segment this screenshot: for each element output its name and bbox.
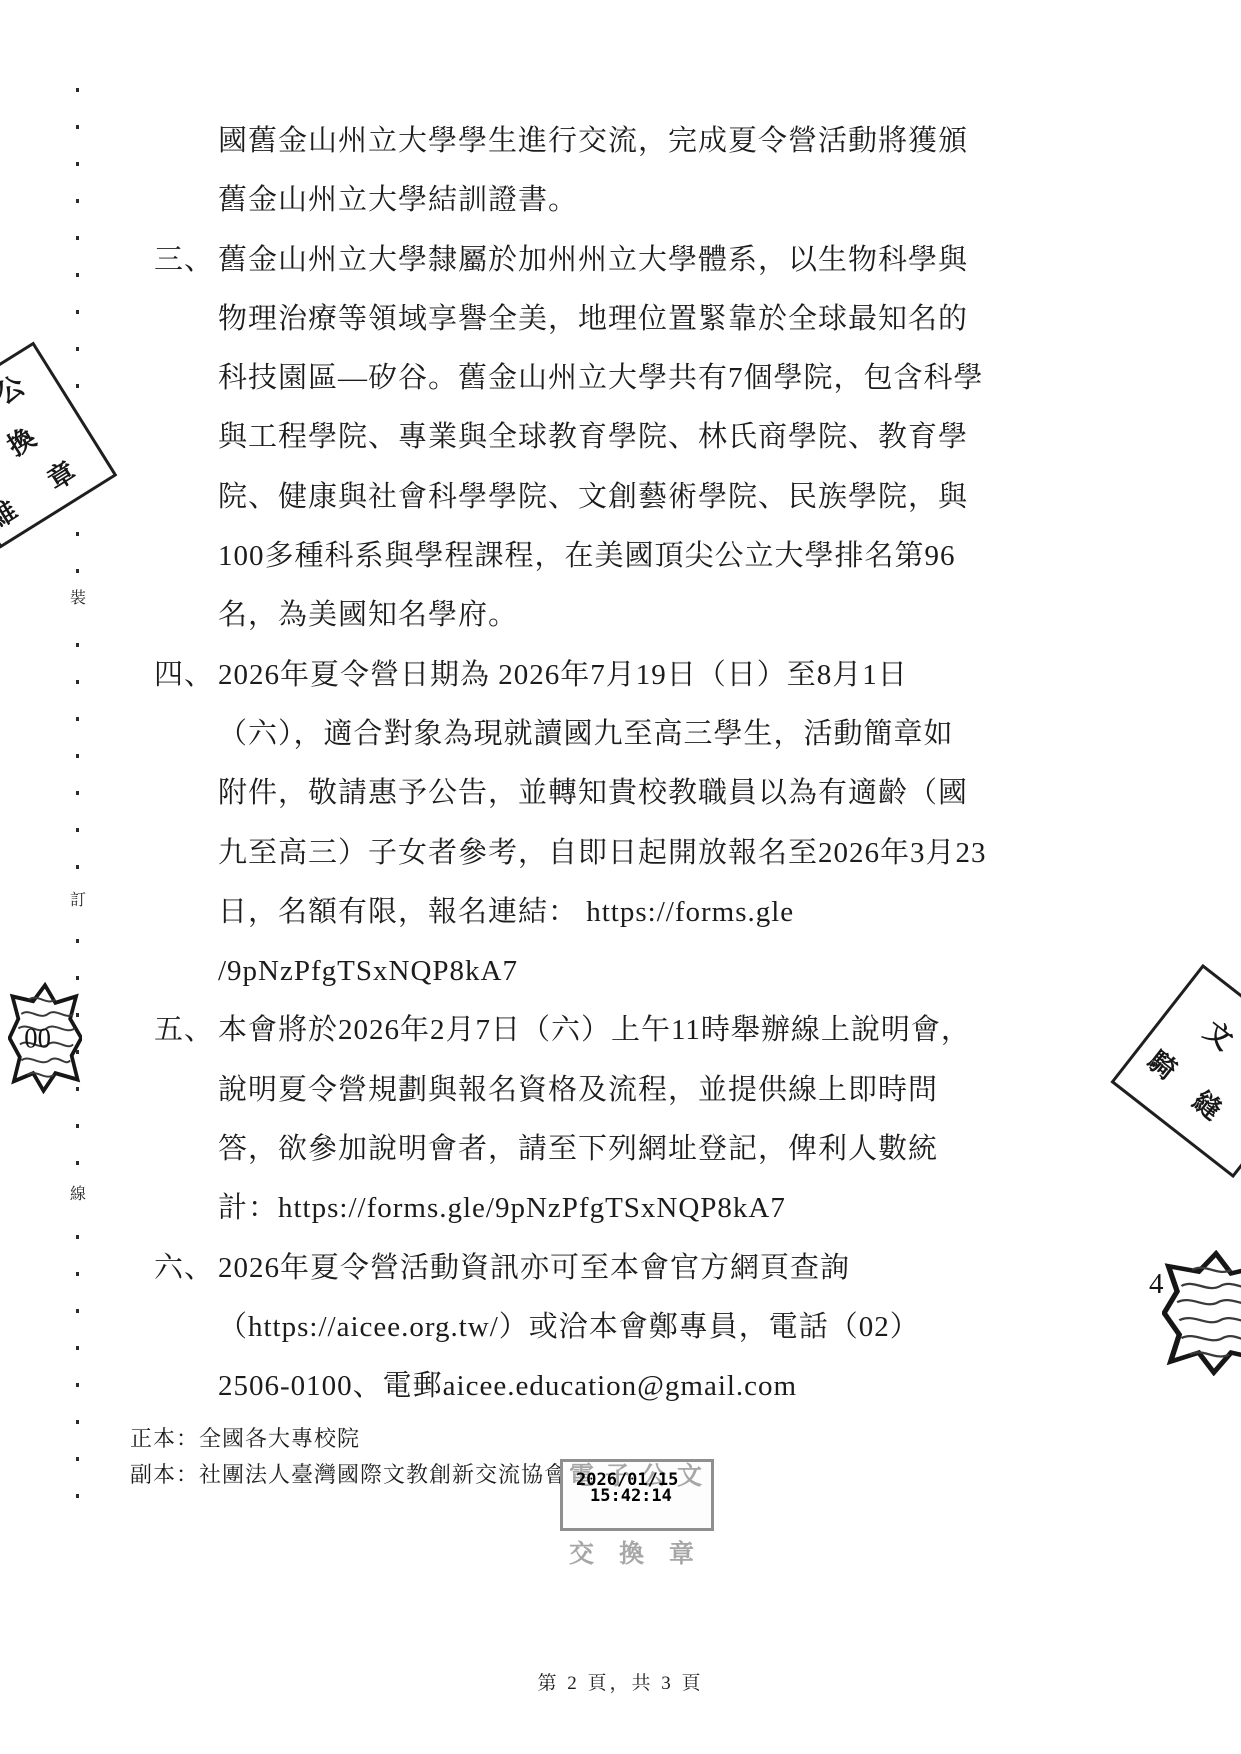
body-line: 科技園區—矽谷。舊金山州立大學共有7個學院，包含科學 [218, 349, 1018, 408]
body-line-text: 附件，敬請惠予公告，並轉知貴校教職員以為有適齡（國 [218, 777, 968, 809]
body-line-text: （六），適合對象為現就讀國九至高三學生，活動簡章如 [218, 718, 954, 750]
binding-char-ding: 訂 [67, 878, 89, 919]
body-line-text: 2026年夏令營活動資訊亦可至本會官方網頁查詢 [218, 1252, 850, 1284]
page-footer: 第 2 頁，共 3 頁 [0, 1668, 1241, 1695]
body-line: 附件，敬請惠予公告，並轉知貴校教職員以為有適齡（國 [218, 764, 1018, 823]
body-line-text: 舊金山州立大學隸屬於加州州立大學體系，以生物科學與 [218, 244, 968, 276]
body-line-text: 名，為美國知名學府。 [218, 599, 518, 631]
body-line-text: 物理治療等領域享譽全美，地理位置緊靠於全球最知名的 [218, 303, 968, 335]
top-left-exchange-stamp: 公 換 章 交 維 [0, 341, 117, 548]
body-line: 2506-0100、電郵aicee.education@gmail.com [218, 1357, 1018, 1416]
body-line-text: 說明夏令營規劃與報名資格及流程，並提供線上即時問 [218, 1074, 938, 1106]
body-line: 100多種科系與學程課程，在美國頂尖公立大學排名第96 [218, 527, 1018, 586]
body-line-text: 與工程學院、專業與全球教育學院、林氏商學院、教育學 [218, 421, 968, 453]
body-line-text: 科技園區—矽谷。舊金山州立大學共有7個學院，包含科學 [218, 362, 984, 394]
body-line-text: 院、健康與社會科學學院、文創藝術學院、民族學院，與 [218, 481, 968, 513]
stamp-char: 騎 [1141, 1040, 1186, 1087]
body-line: 日，名額有限，報名連結： https://forms.gle [218, 883, 1018, 942]
item-number: 五、 [154, 1001, 214, 1060]
body-line: 五、本會將於2026年2月7日（六）上午11時舉辦線上說明會， [218, 1001, 1018, 1060]
stamp-char: 文 [1197, 1010, 1241, 1057]
body-line: 四、2026年夏令營日期為 2026年7月19日（日）至8月1日 [218, 646, 1018, 705]
body-line: 物理治療等領域享譽全美，地理位置緊靠於全球最知名的 [218, 290, 1018, 349]
body-line: 說明夏令營規劃與報名資格及流程，並提供線上即時問 [218, 1061, 1018, 1120]
original-copy-line: 正本：全國各大專校院 [130, 1421, 567, 1457]
body-line-text: /9pNzPfgTSxNQP8kA7 [218, 955, 518, 987]
document-page: 裝 訂 線 公 換 章 交 維 00 國舊金山州立大學學生進行交流，完成夏令營活… [0, 0, 1241, 1754]
binding-char-xian: 線 [67, 1172, 89, 1213]
body-line-text: 答，欲參加說明會者，請至下列網址登記，俾利人數統 [218, 1133, 938, 1165]
body-line: （https://aicee.org.tw/）或洽本會鄭專員，電話（02） [218, 1298, 1018, 1357]
item-number: 六、 [154, 1239, 214, 1298]
copies-block: 正本：全國各大專校院 副本：社團法人臺灣國際文教創新交流協會 [130, 1421, 567, 1493]
body-line: 六、2026年夏令營活動資訊亦可至本會官方網頁查詢 [218, 1239, 1018, 1298]
stamp-char: 公 [0, 364, 31, 411]
body-line: 名，為美國知名學府。 [218, 586, 1018, 645]
stamp-char: 換 [0, 416, 42, 463]
body-line: 舊金山州立大學結訓證書。 [218, 171, 1018, 230]
stamp-char: 縫 [1186, 1080, 1231, 1127]
body-line-text: 2506-0100、電郵aicee.education@gmail.com [218, 1370, 797, 1402]
body-line: 答，欲參加說明會者，請至下列網址登記，俾利人數統 [218, 1120, 1018, 1179]
body-line-text: 舊金山州立大學結訓證書。 [218, 184, 578, 216]
binding-dotted-line [76, 88, 79, 1514]
body-line: 與工程學院、專業與全球教育學院、林氏商學院、教育學 [218, 408, 1018, 467]
body-line-text: 100多種科系與學程課程，在美國頂尖公立大學排名第96 [218, 540, 956, 572]
body-line: （六），適合對象為現就讀國九至高三學生，活動簡章如 [218, 705, 1018, 764]
stamp-char: 章 [39, 450, 83, 497]
item-number: 四、 [154, 646, 214, 705]
electronic-exchange-stamp: 電子公文 交換章 2026/01/15 15:42:14 [560, 1459, 714, 1531]
body-line-text: 國舊金山州立大學學生進行交流，完成夏令營活動將獲頒 [218, 125, 968, 157]
attachment-page-number: 4 [1149, 1268, 1164, 1301]
body-line: 國舊金山州立大學學生進行交流，完成夏令營活動將獲頒 [218, 112, 1018, 171]
body-line: 院、健康與社會科學學院、文創藝術學院、民族學院，與 [218, 468, 1018, 527]
body-line: 計：https://forms.gle/9pNzPfgTSxNQP8kA7 [218, 1179, 1018, 1238]
body-line: 九至高三）子女者參考，自即日起開放報名至2026年3月23 [218, 824, 1018, 883]
right-starburst-seal [1162, 1250, 1241, 1376]
body-line-text: （https://aicee.org.tw/）或洽本會鄭專員，電話（02） [218, 1311, 920, 1343]
body-line: /9pNzPfgTSxNQP8kA7 [218, 942, 1018, 1001]
left-seal-number: 00 [24, 1023, 51, 1055]
body-line-text: 本會將於2026年2月7日（六）上午11時舉辦線上說明會， [218, 1014, 971, 1046]
duplicate-copy-line: 副本：社團法人臺灣國際文教創新交流協會 [130, 1457, 567, 1493]
body-line-text: 2026年夏令營日期為 2026年7月19日（日）至8月1日 [218, 659, 908, 691]
body-line: 三、舊金山州立大學隸屬於加州州立大學體系，以生物科學與 [218, 231, 1018, 290]
body-line-text: 日，名額有限，報名連結： https://forms.gle [218, 896, 794, 928]
body-lines: 國舊金山州立大學學生進行交流，完成夏令營活動將獲頒舊金山州立大學結訓證書。三、舊… [218, 112, 1018, 1417]
right-edge-stamp: 文 電 騎 縫 [1110, 964, 1241, 1178]
body-line-text: 九至高三）子女者參考，自即日起開放報名至2026年3月23 [218, 837, 987, 869]
stamp-char: 維 [0, 489, 24, 536]
binding-char-zhuang: 裝 [67, 576, 89, 617]
left-starburst-seal: 00 [8, 982, 82, 1094]
item-number: 三、 [154, 231, 214, 290]
exchange-stamp-time: 15:42:14 [590, 1488, 672, 1504]
body-line-text: 計：https://forms.gle/9pNzPfgTSxNQP8kA7 [218, 1192, 786, 1224]
